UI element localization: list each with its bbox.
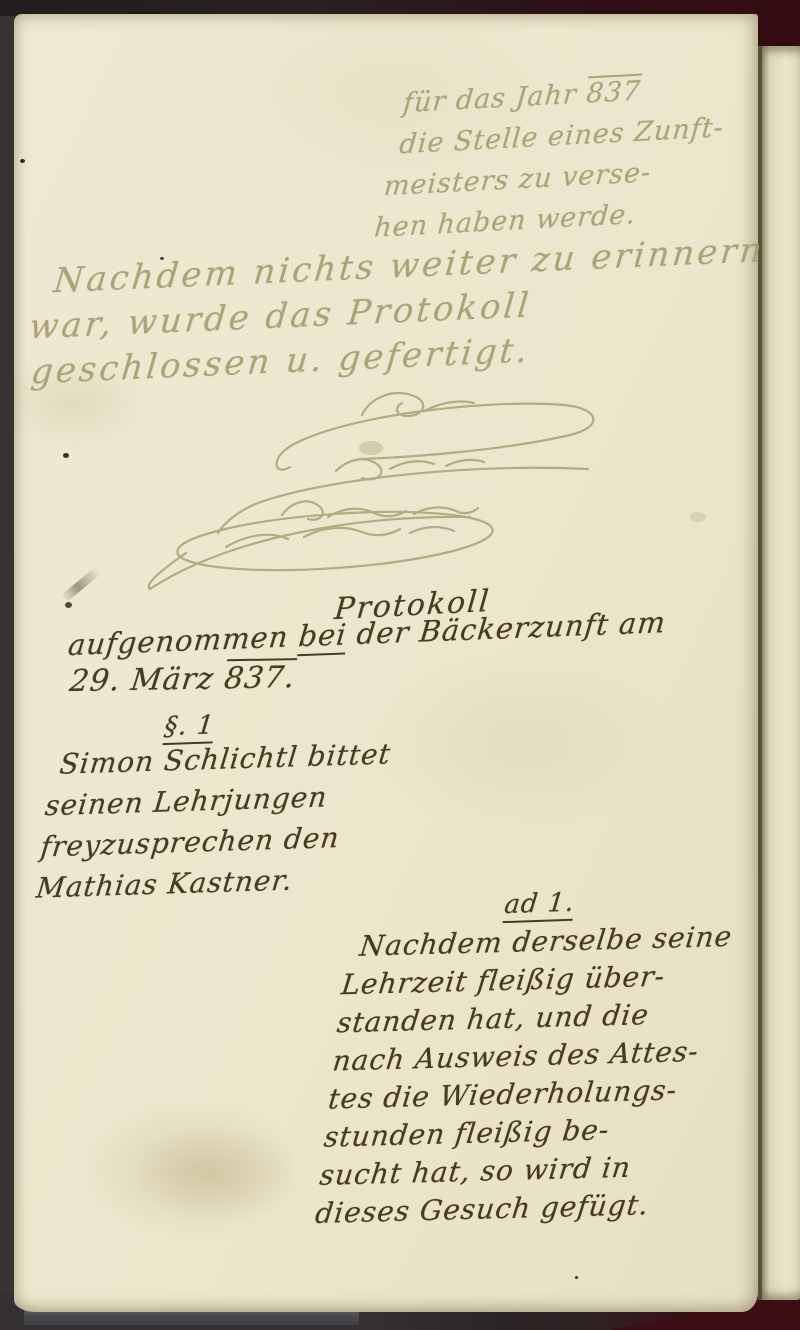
subheading-text: aufgenommen: [67, 619, 301, 662]
pencil-smear: [60, 566, 101, 602]
signature-5: [226, 527, 454, 547]
foxing-stain: [132, 1124, 302, 1224]
overlined-year: 837: [585, 74, 642, 110]
ink-speck: [575, 1276, 578, 1279]
ink-speck: [65, 602, 72, 608]
ink-speck: [63, 453, 69, 458]
cover-edge-band: [24, 1310, 359, 1325]
book-scan: für das Jahr 837 die Stelle eines Zunft-…: [0, 0, 800, 1330]
note-text: für das Jahr: [402, 78, 588, 119]
manuscript-page: für das Jahr 837 die Stelle eines Zunft-…: [14, 14, 758, 1312]
underlined-word: bei: [297, 617, 349, 656]
signatures-block: [140, 375, 620, 590]
marginal-note: für das Jahr 837 die Stelle eines Zunft-…: [371, 66, 730, 249]
signature-2-flourish: [277, 404, 594, 470]
paragraph-1-text: Simon Schlichtl bittetseinen Lehrjungenf…: [34, 733, 393, 908]
faint-stain: [690, 512, 706, 522]
signature-5-oval: [176, 503, 495, 579]
response-1-number: ad 1.: [503, 888, 577, 924]
signature-3: [218, 468, 588, 533]
date-text: 29. März: [68, 661, 227, 699]
note-lines: die Stelle eines Zunft-meisters zu verse…: [371, 107, 726, 249]
overlined-year: 837.: [222, 658, 297, 696]
response-1-text: Nachdem derselbe seineLehrzeit fleißig ü…: [313, 918, 734, 1233]
closing-paragraph: Nachdem nichts weiter zu erinnernwar, wu…: [23, 228, 767, 396]
ink-speck: [20, 159, 25, 163]
protokoll-date: 29. März 837.: [68, 660, 298, 699]
